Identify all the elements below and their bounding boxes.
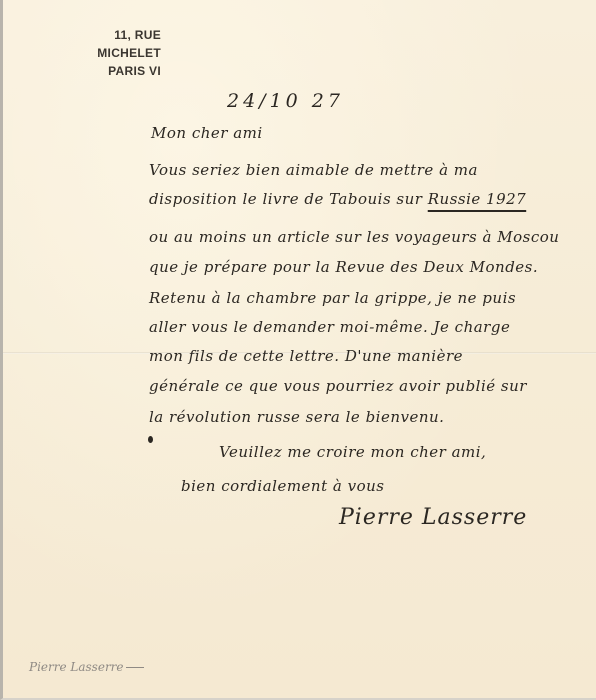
body-line-1: Vous seriez bien aimable de mettre à ma — [149, 161, 478, 179]
closing-line-1: Veuillez me croire mon cher ami, — [219, 443, 486, 461]
ink-blot — [148, 436, 153, 443]
body-line-5: Retenu à la chambre par la grippe, je ne… — [149, 289, 516, 307]
body-line-7: mon fils de cette lettre. D'une manière — [149, 347, 463, 365]
underlined-title: Russie 1927 — [428, 190, 526, 208]
body-line-6: aller vous le demander moi-même. Je char… — [149, 318, 510, 336]
letterhead-street: 11, RUE MICHELET — [47, 26, 161, 62]
signature: Pierre Lasserre — [339, 505, 527, 530]
body-line-9: la révolution russe sera le bienvenu. — [149, 408, 444, 426]
body-line-4: que je prépare pour la Revue des Deux Mo… — [149, 258, 538, 276]
letterhead-city: PARIS VI — [47, 62, 161, 80]
letterhead: 11, RUE MICHELET PARIS VI — [47, 26, 161, 80]
pencil-flourish — [126, 667, 144, 668]
body-line-2: disposition le livre de Tabouis sur Russ… — [149, 190, 526, 208]
closing-line-2: bien cordialement à vous — [181, 477, 384, 495]
body-line-3: ou au moins un article sur les voyageurs… — [149, 228, 559, 246]
letter-date: 24/10 27 — [227, 90, 344, 112]
pencil-annotation-text: Pierre Lasserre — [29, 660, 124, 674]
letter-page: 11, RUE MICHELET PARIS VI 24/10 27 Mon c… — [0, 0, 596, 700]
body-line-8: générale ce que vous pourriez avoir publ… — [149, 377, 527, 395]
salutation: Mon cher ami — [151, 124, 263, 142]
body-line-2-text: disposition le livre de Tabouis sur Russ… — [149, 190, 526, 208]
pencil-annotation: Pierre Lasserre — [29, 660, 144, 674]
